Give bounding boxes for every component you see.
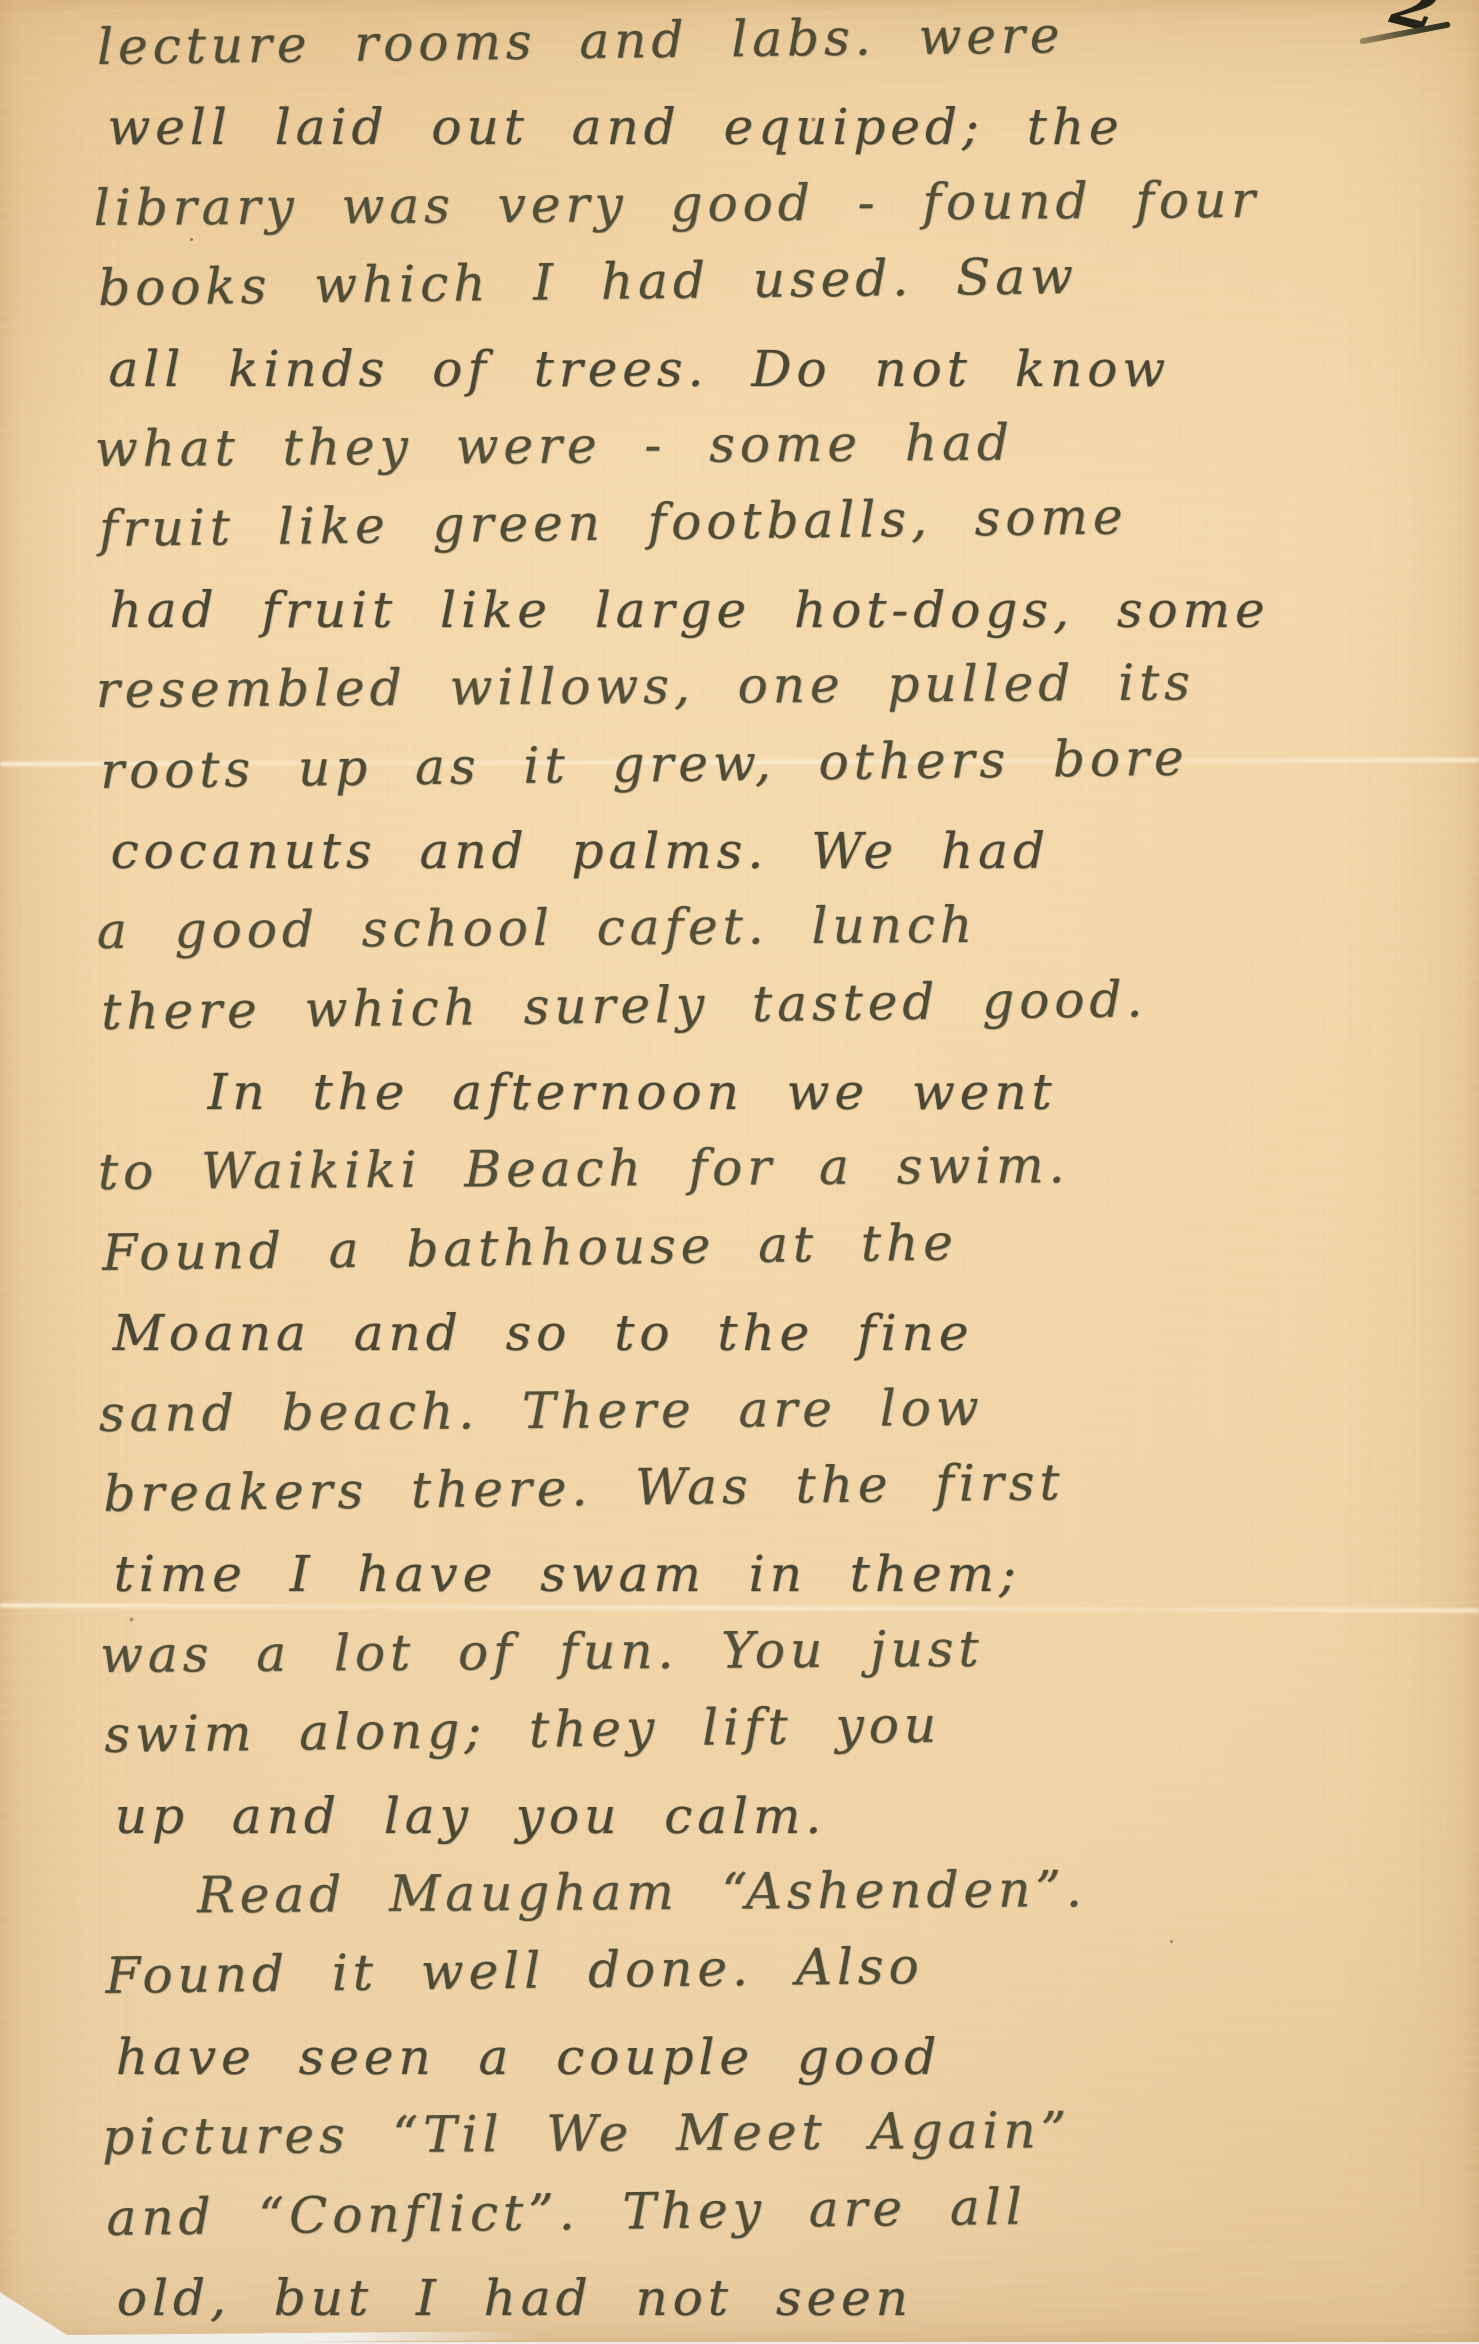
handwritten-line: well laid out and equiped; the [107,87,1444,167]
handwritten-line: up and lay you calm. [115,1775,1452,1855]
handwritten-line: fruit like green footballs, some [99,473,1447,570]
handwritten-line: breakers there. Was the first [103,1438,1451,1535]
handwritten-line: lecture rooms and labs. were [97,0,1445,87]
handwritten-line: Found it well done. Also [105,1920,1453,2017]
handwritten-line: cocanuts and palms. We had [111,811,1448,891]
handwritten-line: roots up as it grew, others bore [100,714,1448,811]
handwritten-line: and “Conflict”. They are all [106,2161,1454,2258]
handwritten-line: have seen a couple good [116,2017,1453,2097]
handwritten-line: had fruit like large hot-dogs, some [110,570,1447,650]
handwritten-line: Found a bathhouse at the [102,1196,1450,1293]
handwritten-line: Moana and so to the fine [113,1293,1450,1373]
handwritten-line: time I have swam in them; [114,1534,1451,1614]
handwritten-line: books which I had used. Saw [98,232,1446,329]
handwritten-line: old, but I had not seen [117,2258,1454,2338]
handwritten-line: all kinds of trees. Do not know [108,328,1445,408]
handwritten-line-paragraph-start: In the afternoon we went [112,1052,1449,1132]
handwritten-text-block: lecture rooms and labs. were well laid o… [93,1,1454,2338]
handwritten-line: swim along; they lift you [104,1679,1452,1776]
handwritten-line: there which surely tasted good. [101,955,1449,1052]
scanned-letter-page: 2 lecture rooms and labs. were well laid… [0,0,1479,2342]
